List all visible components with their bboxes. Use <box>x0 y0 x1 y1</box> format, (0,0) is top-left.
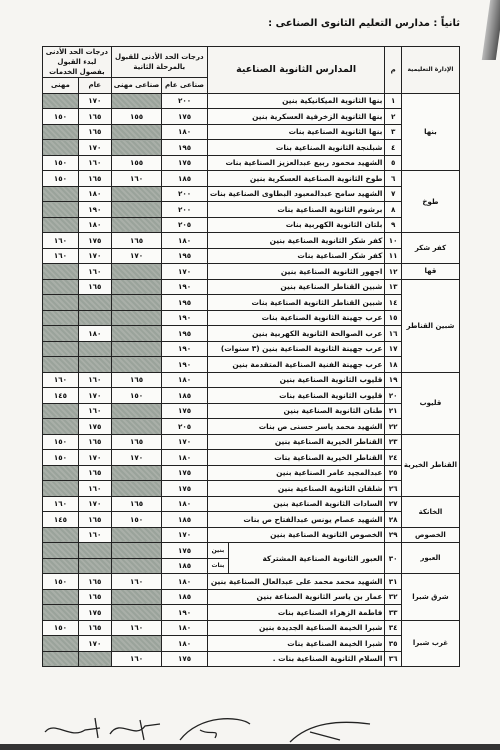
school-name-cell: القناطر الخيرية الصناعية بنين <box>207 434 385 450</box>
paper-edge-shadow <box>482 0 500 60</box>
services-professional: ١٦٠ <box>43 248 79 264</box>
school-name-cell: طنان الثانوية الصناعية بنين <box>207 403 385 419</box>
min-industrial-professional: ١٥٥ <box>111 155 161 171</box>
row-number-cell: ٢٧ <box>385 496 401 512</box>
services-professional <box>43 589 79 605</box>
school-name-cell: بنها الثانوية الصناعية بنات <box>207 124 385 140</box>
min-industrial-professional <box>111 605 161 621</box>
services-general: ١٧٠ <box>78 496 111 512</box>
row-number-cell: ١٥ <box>385 310 401 326</box>
table-row: ٢١طنان الثانوية الصناعية بنين١٧٥١٦٠ <box>43 403 460 419</box>
services-professional <box>43 403 79 419</box>
row-number-cell: ٧ <box>385 186 401 202</box>
table-row: العبور٣٠العبور الثانوية الصناعية المشترك… <box>43 543 460 559</box>
table-row: ٢٦شلقان الثانوية الصناعية بنين١٧٥١٦٠ <box>43 481 460 497</box>
services-professional: ١٥٠ <box>43 434 79 450</box>
row-number-cell: ٣٤ <box>385 620 401 636</box>
services-general: ١٧٠ <box>78 388 111 404</box>
admin-district-cell: القناطر الخيرية <box>401 434 459 496</box>
row-number-cell: ٣٦ <box>385 651 401 667</box>
services-general: ١٧٥ <box>78 419 111 435</box>
min-industrial-professional <box>111 543 161 559</box>
services-general <box>78 295 111 311</box>
row-number-cell: ٢٣ <box>385 434 401 450</box>
admin-district-cell: بنها <box>401 93 459 171</box>
table-row: ١٥عرب جهينة الثانوية الصناعية بنات١٩٠ <box>43 310 460 326</box>
school-name-cell: العبور الثانوية الصناعية المشتركة <box>229 543 385 574</box>
school-name-cell: عرب جهينة الفنية الصناعية المتقدمة بنين <box>207 357 385 373</box>
min-industrial-general: ١٧٥ <box>162 109 208 125</box>
min-industrial-general: ١٩٥ <box>162 248 208 264</box>
table-row: الخانكة٢٧السادات الثانوية الصناعية بنين١… <box>43 496 460 512</box>
services-general <box>78 543 111 559</box>
row-number-cell: ١ <box>385 93 401 109</box>
min-industrial-professional: ١٥٠ <box>111 388 161 404</box>
header-num: م <box>385 47 401 94</box>
row-number-cell: ٩ <box>385 217 401 233</box>
school-name-cell: اجهور الثانوية الصناعية بنين <box>207 264 385 280</box>
header-industrial-professional: صناعى مهنى <box>111 78 161 94</box>
school-name-cell: شبين القناطر الثانوية الصناعية بنات <box>207 295 385 311</box>
services-professional <box>43 264 79 280</box>
gender-subcell: بنين <box>207 543 228 559</box>
min-industrial-professional <box>111 357 161 373</box>
signatures <box>40 710 400 744</box>
services-professional <box>43 202 79 218</box>
services-professional <box>43 217 79 233</box>
services-general: ١٦٥ <box>78 512 111 528</box>
school-name-cell: الشهيد عصام يونس عبدالفتاح ص بنات <box>207 512 385 528</box>
min-industrial-general: ١٨٠ <box>162 450 208 466</box>
min-industrial-general: ١٧٥ <box>162 481 208 497</box>
row-number-cell: ١٧ <box>385 341 401 357</box>
min-industrial-general: ١٨٠ <box>162 496 208 512</box>
min-industrial-professional <box>111 341 161 357</box>
min-industrial-general: ١٧٥ <box>162 403 208 419</box>
table-row: ٢٤القناطر الخيرية الصناعية بنات١٨٠١٧٠١٧٠… <box>43 450 460 466</box>
services-general: ١٦٠ <box>78 403 111 419</box>
min-industrial-professional: ١٥٠ <box>111 512 161 528</box>
table-row: ٢٠قليوب الثانوية الصناعية بنات١٨٥١٥٠١٧٠١… <box>43 388 460 404</box>
services-professional: ١٥٠ <box>43 155 79 171</box>
table-row: ٩بلتان الثانوية الكهربية بنات٢٠٥١٨٠ <box>43 217 460 233</box>
services-general: ١٦٥ <box>78 171 111 187</box>
min-industrial-general: ١٩٠ <box>162 357 208 373</box>
services-professional: ١٥٠ <box>43 620 79 636</box>
table-row: طوخ٦طوخ الثانوية الصناعية العسكرية بنين١… <box>43 171 460 187</box>
row-number-cell: ١٤ <box>385 295 401 311</box>
min-industrial-general: ١٧٠ <box>162 264 208 280</box>
min-industrial-professional: ١٦٠ <box>111 620 161 636</box>
table-row: ٧الشهيد سامح عبدالمعبود البطاوى الصناعية… <box>43 186 460 202</box>
row-number-cell: ١٦ <box>385 326 401 342</box>
row-number-cell: ٣٥ <box>385 636 401 652</box>
services-professional <box>43 310 79 326</box>
table-row: ٣٥شبرا الخيمة الصناعية بنات١٨٠١٧٠ <box>43 636 460 652</box>
table-row: ٢٨الشهيد عصام يونس عبدالفتاح ص بنات١٨٥١٥… <box>43 512 460 528</box>
services-professional <box>43 419 79 435</box>
services-general: ١٩٠ <box>78 202 111 218</box>
services-professional <box>43 481 79 497</box>
min-industrial-general: ١٧٠ <box>162 434 208 450</box>
header-min-stage2: درجات الحد الأدنى للقبول بالمرحلة الثاني… <box>111 47 207 78</box>
services-professional <box>43 465 79 481</box>
min-industrial-general: ١٨٥ <box>162 388 208 404</box>
table-row: القناطر الخيرية٢٣القناطر الخيرية الصناعي… <box>43 434 460 450</box>
min-industrial-professional <box>111 124 161 140</box>
min-industrial-general: ١٨٥ <box>162 589 208 605</box>
services-professional: ١٦٠ <box>43 496 79 512</box>
school-name-cell: شلقان الثانوية الصناعية بنين <box>207 481 385 497</box>
table-row: ٢٥عبدالمجيد عامر الصناعية بنين١٧٥١٦٥ <box>43 465 460 481</box>
table-row: ٣٢عمار بن ياسر الثانوية الصناعة بنين١٨٥١… <box>43 589 460 605</box>
min-industrial-general: ١٩٥ <box>162 326 208 342</box>
services-professional <box>43 140 79 156</box>
services-professional: ١٦٠ <box>43 372 79 388</box>
min-industrial-general: ٢٠٠ <box>162 93 208 109</box>
table-row: ٨برشوم الثانوية الصناعية بنات٢٠٠١٩٠ <box>43 202 460 218</box>
services-general: ١٧٥ <box>78 233 111 249</box>
min-industrial-general: ١٩٠ <box>162 310 208 326</box>
min-industrial-professional <box>111 186 161 202</box>
services-general: ١٦٠ <box>78 155 111 171</box>
table-row: ١١كفر شكر الصناعية بنات١٩٥١٧٠١٧٠١٦٠ <box>43 248 460 264</box>
admin-district-cell: شرق شبرا <box>401 574 459 621</box>
services-professional <box>43 527 79 543</box>
schools-table: الإدارة التعليمية م المدارس الثانوية الص… <box>42 46 460 667</box>
min-industrial-general: ٢٠٠ <box>162 202 208 218</box>
row-number-cell: ٢٥ <box>385 465 401 481</box>
table-row: ١٤شبين القناطر الثانوية الصناعية بنات١٩٥ <box>43 295 460 311</box>
admin-district-cell: كفر شكر <box>401 233 459 264</box>
row-number-cell: ٣١ <box>385 574 401 590</box>
admin-district-cell: العبور <box>401 543 459 574</box>
min-industrial-professional: ١٦٥ <box>111 496 161 512</box>
min-industrial-general: ١٨٠ <box>162 233 208 249</box>
min-industrial-professional <box>111 93 161 109</box>
row-number-cell: ٢١ <box>385 403 401 419</box>
services-professional <box>43 558 79 574</box>
services-general: ١٧٠ <box>78 450 111 466</box>
school-name-cell: شبلنجة الثانوية الصناعية بنات <box>207 140 385 156</box>
services-general: ١٧٠ <box>78 93 111 109</box>
school-name-cell: الشهيد محمود ربيع عبدالعزيز الصناعية بنا… <box>207 155 385 171</box>
services-professional <box>43 636 79 652</box>
header-industrial-general: صناعى عام <box>162 78 208 94</box>
school-name-cell: الخصوص الثانوية الصناعية بنين <box>207 527 385 543</box>
min-industrial-professional <box>111 217 161 233</box>
services-professional <box>43 605 79 621</box>
table-row: ٢٢الشهيد محمد ياسر حسنى ص بنات٢٠٥١٧٥ <box>43 419 460 435</box>
school-name-cell: كفر شكر الصناعية بنات <box>207 248 385 264</box>
table-row: الخصوص٢٩الخصوص الثانوية الصناعية بنين١٧٠… <box>43 527 460 543</box>
min-industrial-general: ٢٠٠ <box>162 186 208 202</box>
table-row: شبين القناطر١٣شبين القناطر الصناعية بنين… <box>43 279 460 295</box>
table-row: ٣٦السلام الثانوية الصناعية بنات .١٧٥١٦٠ <box>43 651 460 667</box>
min-industrial-general: ٢٠٥ <box>162 419 208 435</box>
services-professional: ١٥٠ <box>43 109 79 125</box>
min-industrial-professional <box>111 481 161 497</box>
table-row: ٣بنها الثانوية الصناعية بنات١٨٠١٦٥ <box>43 124 460 140</box>
school-name-cell: عرب جهينة الثانوية الصناعية بنين (٣ سنوا… <box>207 341 385 357</box>
table-row: قليوب١٩قليوب الثانوية الصناعية بنين١٨٠١٦… <box>43 372 460 388</box>
school-name-cell: عبدالمجيد عامر الصناعية بنين <box>207 465 385 481</box>
row-number-cell: ٢٤ <box>385 450 401 466</box>
document-page: ثانياً : مدارس التعليم الثانوى الصناعى :… <box>0 0 500 750</box>
services-professional: ١٥٠ <box>43 574 79 590</box>
row-number-cell: ٢٠ <box>385 388 401 404</box>
admin-district-cell: قها <box>401 264 459 280</box>
school-name-cell: عرب الصوالحة الثانوية الكهربية بنين <box>207 326 385 342</box>
school-name-cell: شبين القناطر الصناعية بنين <box>207 279 385 295</box>
admin-district-cell: الخصوص <box>401 527 459 543</box>
services-general: ١٨٠ <box>78 186 111 202</box>
services-general <box>78 341 111 357</box>
min-industrial-general: ١٨٥ <box>162 512 208 528</box>
school-name-cell: فاطمة الزهراء الصناعية بنات <box>207 605 385 621</box>
scan-bottom-edge <box>0 744 500 750</box>
services-general <box>78 651 111 667</box>
row-number-cell: ٢٨ <box>385 512 401 528</box>
min-industrial-general: ٢٠٥ <box>162 217 208 233</box>
row-number-cell: ١١ <box>385 248 401 264</box>
row-number-cell: ٣٠ <box>385 543 401 574</box>
services-general: ١٦٠ <box>78 481 111 497</box>
table-row: ٤شبلنجة الثانوية الصناعية بنات١٩٥١٧٠ <box>43 140 460 156</box>
table-body: بنها١بنها الثانوية الميكانيكية بنين٢٠٠١٧… <box>43 93 460 667</box>
services-general: ١٦٠ <box>78 264 111 280</box>
table-row: كفر شكر١٠كفر شكر الثانوية الصناعية بنين١… <box>43 233 460 249</box>
min-industrial-general: ١٨٠ <box>162 636 208 652</box>
school-name-cell: الشهيد سامح عبدالمعبود البطاوى الصناعية … <box>207 186 385 202</box>
min-industrial-professional: ١٥٥ <box>111 109 161 125</box>
row-number-cell: ٦ <box>385 171 401 187</box>
min-industrial-professional <box>111 202 161 218</box>
row-number-cell: ٨ <box>385 202 401 218</box>
services-general: ١٧٠ <box>78 140 111 156</box>
min-industrial-professional <box>111 558 161 574</box>
min-industrial-general: ١٩٠ <box>162 341 208 357</box>
gender-subcell: بنات <box>207 558 228 574</box>
school-name-cell: طوخ الثانوية الصناعية العسكرية بنين <box>207 171 385 187</box>
min-industrial-professional <box>111 326 161 342</box>
min-industrial-professional <box>111 419 161 435</box>
min-industrial-professional: ١٦٠ <box>111 651 161 667</box>
row-number-cell: ١٣ <box>385 279 401 295</box>
school-name-cell: عرب جهينة الثانوية الصناعية بنات <box>207 310 385 326</box>
school-name-cell: الشهيد محمد ياسر حسنى ص بنات <box>207 419 385 435</box>
min-industrial-professional <box>111 279 161 295</box>
table-row: ١٦عرب الصوالحة الثانوية الكهربية بنين١٩٥… <box>43 326 460 342</box>
table-row: غرب شبرا٣٤شبرا الخيمة الصناعية الجديدة ب… <box>43 620 460 636</box>
services-professional <box>43 357 79 373</box>
row-number-cell: ٢٦ <box>385 481 401 497</box>
min-industrial-professional <box>111 295 161 311</box>
admin-district-cell: الخانكة <box>401 496 459 527</box>
services-general: ١٦٥ <box>78 109 111 125</box>
row-number-cell: ١٢ <box>385 264 401 280</box>
school-name-cell: شبرا الخيمة الصناعية الجديدة بنين <box>207 620 385 636</box>
min-industrial-general: ١٨٠ <box>162 124 208 140</box>
table-row: ٢بنها الثانوية الزخرفية العسكرية بنين١٧٥… <box>43 109 460 125</box>
services-professional <box>43 326 79 342</box>
table-row: ١٧عرب جهينة الثانوية الصناعية بنين (٣ سن… <box>43 341 460 357</box>
section-heading: ثانياً : مدارس التعليم الثانوى الصناعى : <box>268 18 460 29</box>
services-general: ١٦٠ <box>78 527 111 543</box>
min-industrial-general: ١٧٥ <box>162 543 208 559</box>
school-name-cell: الشهيد محمد محمد على عبدالعال الصناعية ب… <box>207 574 385 590</box>
table-row: قها١٢اجهور الثانوية الصناعية بنين١٧٠١٦٠ <box>43 264 460 280</box>
row-number-cell: ١٠ <box>385 233 401 249</box>
services-general: ١٧٥ <box>78 605 111 621</box>
row-number-cell: ٣٢ <box>385 589 401 605</box>
admin-district-cell: قليوب <box>401 372 459 434</box>
min-industrial-professional: ١٦٠ <box>111 574 161 590</box>
admin-district-cell: شبين القناطر <box>401 279 459 372</box>
school-name-cell: السادات الثانوية الصناعية بنين <box>207 496 385 512</box>
school-name-cell: بنها الثانوية الميكانيكية بنين <box>207 93 385 109</box>
min-industrial-professional <box>111 310 161 326</box>
min-industrial-professional <box>111 465 161 481</box>
school-name-cell: السلام الثانوية الصناعية بنات . <box>207 651 385 667</box>
services-professional <box>43 124 79 140</box>
services-professional <box>43 295 79 311</box>
row-number-cell: ٢ <box>385 109 401 125</box>
table-row: ٣٣فاطمة الزهراء الصناعية بنات١٩٠١٧٥ <box>43 605 460 621</box>
services-professional: ١٥٠ <box>43 171 79 187</box>
min-industrial-general: ١٩٠ <box>162 279 208 295</box>
header-admin: الإدارة التعليمية <box>401 47 459 94</box>
services-professional: ١٦٠ <box>43 233 79 249</box>
min-industrial-professional: ١٧٠ <box>111 450 161 466</box>
services-general: ١٨٠ <box>78 326 111 342</box>
services-professional: ١٤٥ <box>43 388 79 404</box>
services-general: ١٦٥ <box>78 124 111 140</box>
min-industrial-general: ١٧٥ <box>162 651 208 667</box>
services-general: ١٧٠ <box>78 248 111 264</box>
school-name-cell: برشوم الثانوية الصناعية بنات <box>207 202 385 218</box>
school-name-cell: بلتان الثانوية الكهربية بنات <box>207 217 385 233</box>
min-industrial-general: ١٨٠ <box>162 372 208 388</box>
row-number-cell: ٤ <box>385 140 401 156</box>
admin-district-cell: غرب شبرا <box>401 620 459 667</box>
row-number-cell: ١٩ <box>385 372 401 388</box>
school-name-cell: قليوب الثانوية الصناعية بنين <box>207 372 385 388</box>
min-industrial-general: ١٩٠ <box>162 605 208 621</box>
min-industrial-general: ١٨٠ <box>162 620 208 636</box>
table-row: ١٨عرب جهينة الفنية الصناعية المتقدمة بني… <box>43 357 460 373</box>
services-professional: ١٤٥ <box>43 512 79 528</box>
min-industrial-general: ١٩٥ <box>162 140 208 156</box>
header-school: المدارس الثانوية الصناعية <box>207 47 385 94</box>
min-industrial-professional <box>111 140 161 156</box>
row-number-cell: ١٨ <box>385 357 401 373</box>
school-name-cell: عمار بن ياسر الثانوية الصناعة بنين <box>207 589 385 605</box>
services-general: ١٦٥ <box>78 589 111 605</box>
table-row: بنها١بنها الثانوية الميكانيكية بنين٢٠٠١٧… <box>43 93 460 109</box>
services-general: ١٦٠ <box>78 372 111 388</box>
row-number-cell: ٥ <box>385 155 401 171</box>
min-industrial-professional: ١٦٥ <box>111 434 161 450</box>
services-general <box>78 310 111 326</box>
services-professional <box>43 543 79 559</box>
services-professional <box>43 279 79 295</box>
header-min-services: درجات الحد الأدنى لبدء القبول بفصول الخد… <box>43 47 112 78</box>
services-professional <box>43 341 79 357</box>
min-industrial-general: ١٨٥ <box>162 558 208 574</box>
min-industrial-general: ١٩٥ <box>162 295 208 311</box>
row-number-cell: ٢٢ <box>385 419 401 435</box>
min-industrial-general: ١٧٥ <box>162 155 208 171</box>
min-industrial-professional: ١٦٥ <box>111 372 161 388</box>
row-number-cell: ٢٩ <box>385 527 401 543</box>
school-name-cell: كفر شكر الثانوية الصناعية بنين <box>207 233 385 249</box>
services-general <box>78 558 111 574</box>
services-general: ١٨٠ <box>78 217 111 233</box>
row-number-cell: ٣ <box>385 124 401 140</box>
min-industrial-professional <box>111 589 161 605</box>
min-industrial-professional: ١٦٠ <box>111 171 161 187</box>
min-industrial-professional <box>111 403 161 419</box>
services-general <box>78 357 111 373</box>
services-general: ١٦٥ <box>78 434 111 450</box>
services-professional: ١٥٠ <box>43 450 79 466</box>
min-industrial-professional <box>111 527 161 543</box>
min-industrial-general: ١٨٠ <box>162 574 208 590</box>
services-general: ١٦٥ <box>78 465 111 481</box>
min-industrial-professional: ١٧٠ <box>111 248 161 264</box>
min-industrial-general: ١٨٥ <box>162 171 208 187</box>
table-row: ٥الشهيد محمود ربيع عبدالعزيز الصناعية بن… <box>43 155 460 171</box>
min-industrial-general: ١٧٠ <box>162 527 208 543</box>
services-professional <box>43 186 79 202</box>
school-name-cell: قليوب الثانوية الصناعية بنات <box>207 388 385 404</box>
services-professional <box>43 93 79 109</box>
school-name-cell: القناطر الخيرية الصناعية بنات <box>207 450 385 466</box>
header-professional: مهنى <box>43 78 79 94</box>
header-general: عام <box>78 78 111 94</box>
services-general: ١٦٥ <box>78 279 111 295</box>
table-row: شرق شبرا٣١الشهيد محمد محمد على عبدالعال … <box>43 574 460 590</box>
services-professional <box>43 651 79 667</box>
min-industrial-professional <box>111 264 161 280</box>
min-industrial-general: ١٧٥ <box>162 465 208 481</box>
min-industrial-professional: ١٦٥ <box>111 233 161 249</box>
services-general: ١٦٥ <box>78 620 111 636</box>
admin-district-cell: طوخ <box>401 171 459 233</box>
services-general: ١٧٠ <box>78 636 111 652</box>
row-number-cell: ٣٣ <box>385 605 401 621</box>
min-industrial-professional <box>111 636 161 652</box>
services-general: ١٦٥ <box>78 574 111 590</box>
school-name-cell: شبرا الخيمة الصناعية بنات <box>207 636 385 652</box>
school-name-cell: بنها الثانوية الزخرفية العسكرية بنين <box>207 109 385 125</box>
